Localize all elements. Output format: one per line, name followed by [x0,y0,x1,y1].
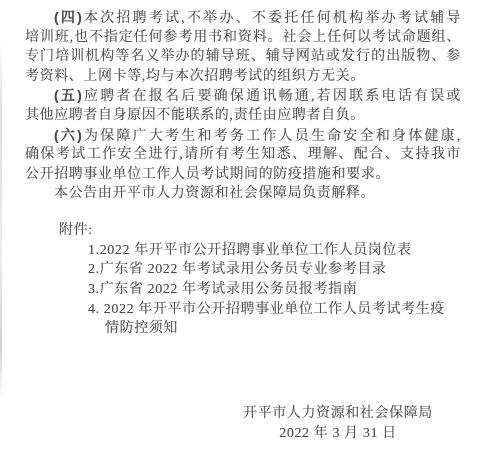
attachment-item-4: 4. 2022 年开平市公开招聘事业单位工作人员考试考生疫 [88,300,461,320]
paragraph-6-line-2: 确保考试工作安全进行,请所有考生知悉、理解、配合、支持我市 [25,145,461,165]
notice-body: (四)本次招聘考试,不举办、不委托任何机构举办考试辅导 培训班,也不指定任何参考… [25,8,461,339]
section-5-label: (五) [54,87,82,103]
paragraph-6-line-1: (六)为保障广大考生和考务工作人员生命安全和身体健康, [25,126,461,146]
issuer-name: 开平市人力资源和社会保障局 [218,404,458,424]
paragraph-5-line-2: 其他应聘者自身原因不能联系的,责任由应聘者自负。 [25,106,461,126]
scan-edge-artifact [0,40,2,400]
paragraph-4-line-3: 专门培训机构等名义举办的辅导班、辅导网站或发行的出版物、参 [25,47,461,67]
attachment-item-1: 1.2022 年开平市公开招聘事业单位工作人员岗位表 [88,241,461,261]
paragraph-5-line-1: (五)应聘者在报名后要确保通讯畅通,若因联系电话有误或 [25,86,461,106]
paragraph-4-line-4: 考资料、上网卡等,均与本次招聘考试的组织方无关。 [25,67,461,87]
paragraph-4-line-1: (四)本次招聘考试,不举办、不委托任何机构举办考试辅导 [25,8,461,28]
attachments-list: 1.2022 年开平市公开招聘事业单位工作人员岗位表 2.广东省 2022 年考… [25,241,461,339]
paragraph-6-text-1: 为保障广大考生和考务工作人员生命安全和身体健康, [82,129,461,144]
section-6-label: (六) [54,127,82,143]
paragraph-4-text-1: 本次招聘考试,不举办、不委托任何机构举办考试辅导 [82,11,461,26]
paragraph-6-line-3: 公开招聘事业单位工作人员考试期间的防疫措施和要求。 [25,165,461,185]
paragraph-4-line-2: 培训班,也不指定任何参考用书和资料。社会上任何以考试命题组、 [25,28,461,48]
section-4-label: (四) [54,9,82,25]
closing-statement: 本公告由开平市人力资源和社会保障局负责解释。 [25,184,461,204]
signature-block: 开平市人力资源和社会保障局 2022 年 3 月 31 日 [218,404,458,444]
attachment-item-3: 3.广东省 2022 年考试录用公务员报考指南 [88,280,461,300]
document-page: (四)本次招聘考试,不举办、不委托任何机构举办考试辅导 培训班,也不指定任何参考… [0,0,480,453]
attachments-header: 附件: [25,221,461,241]
attachment-item-4-continuation: 情防控须知 [88,319,461,339]
issue-date: 2022 年 3 月 31 日 [218,424,458,444]
attachment-item-2: 2.广东省 2022 年考试录用公务员专业参考目录 [88,260,461,280]
paragraph-5-text-1: 应聘者在报名后要确保通讯畅通,若因联系电话有误或 [82,89,461,104]
